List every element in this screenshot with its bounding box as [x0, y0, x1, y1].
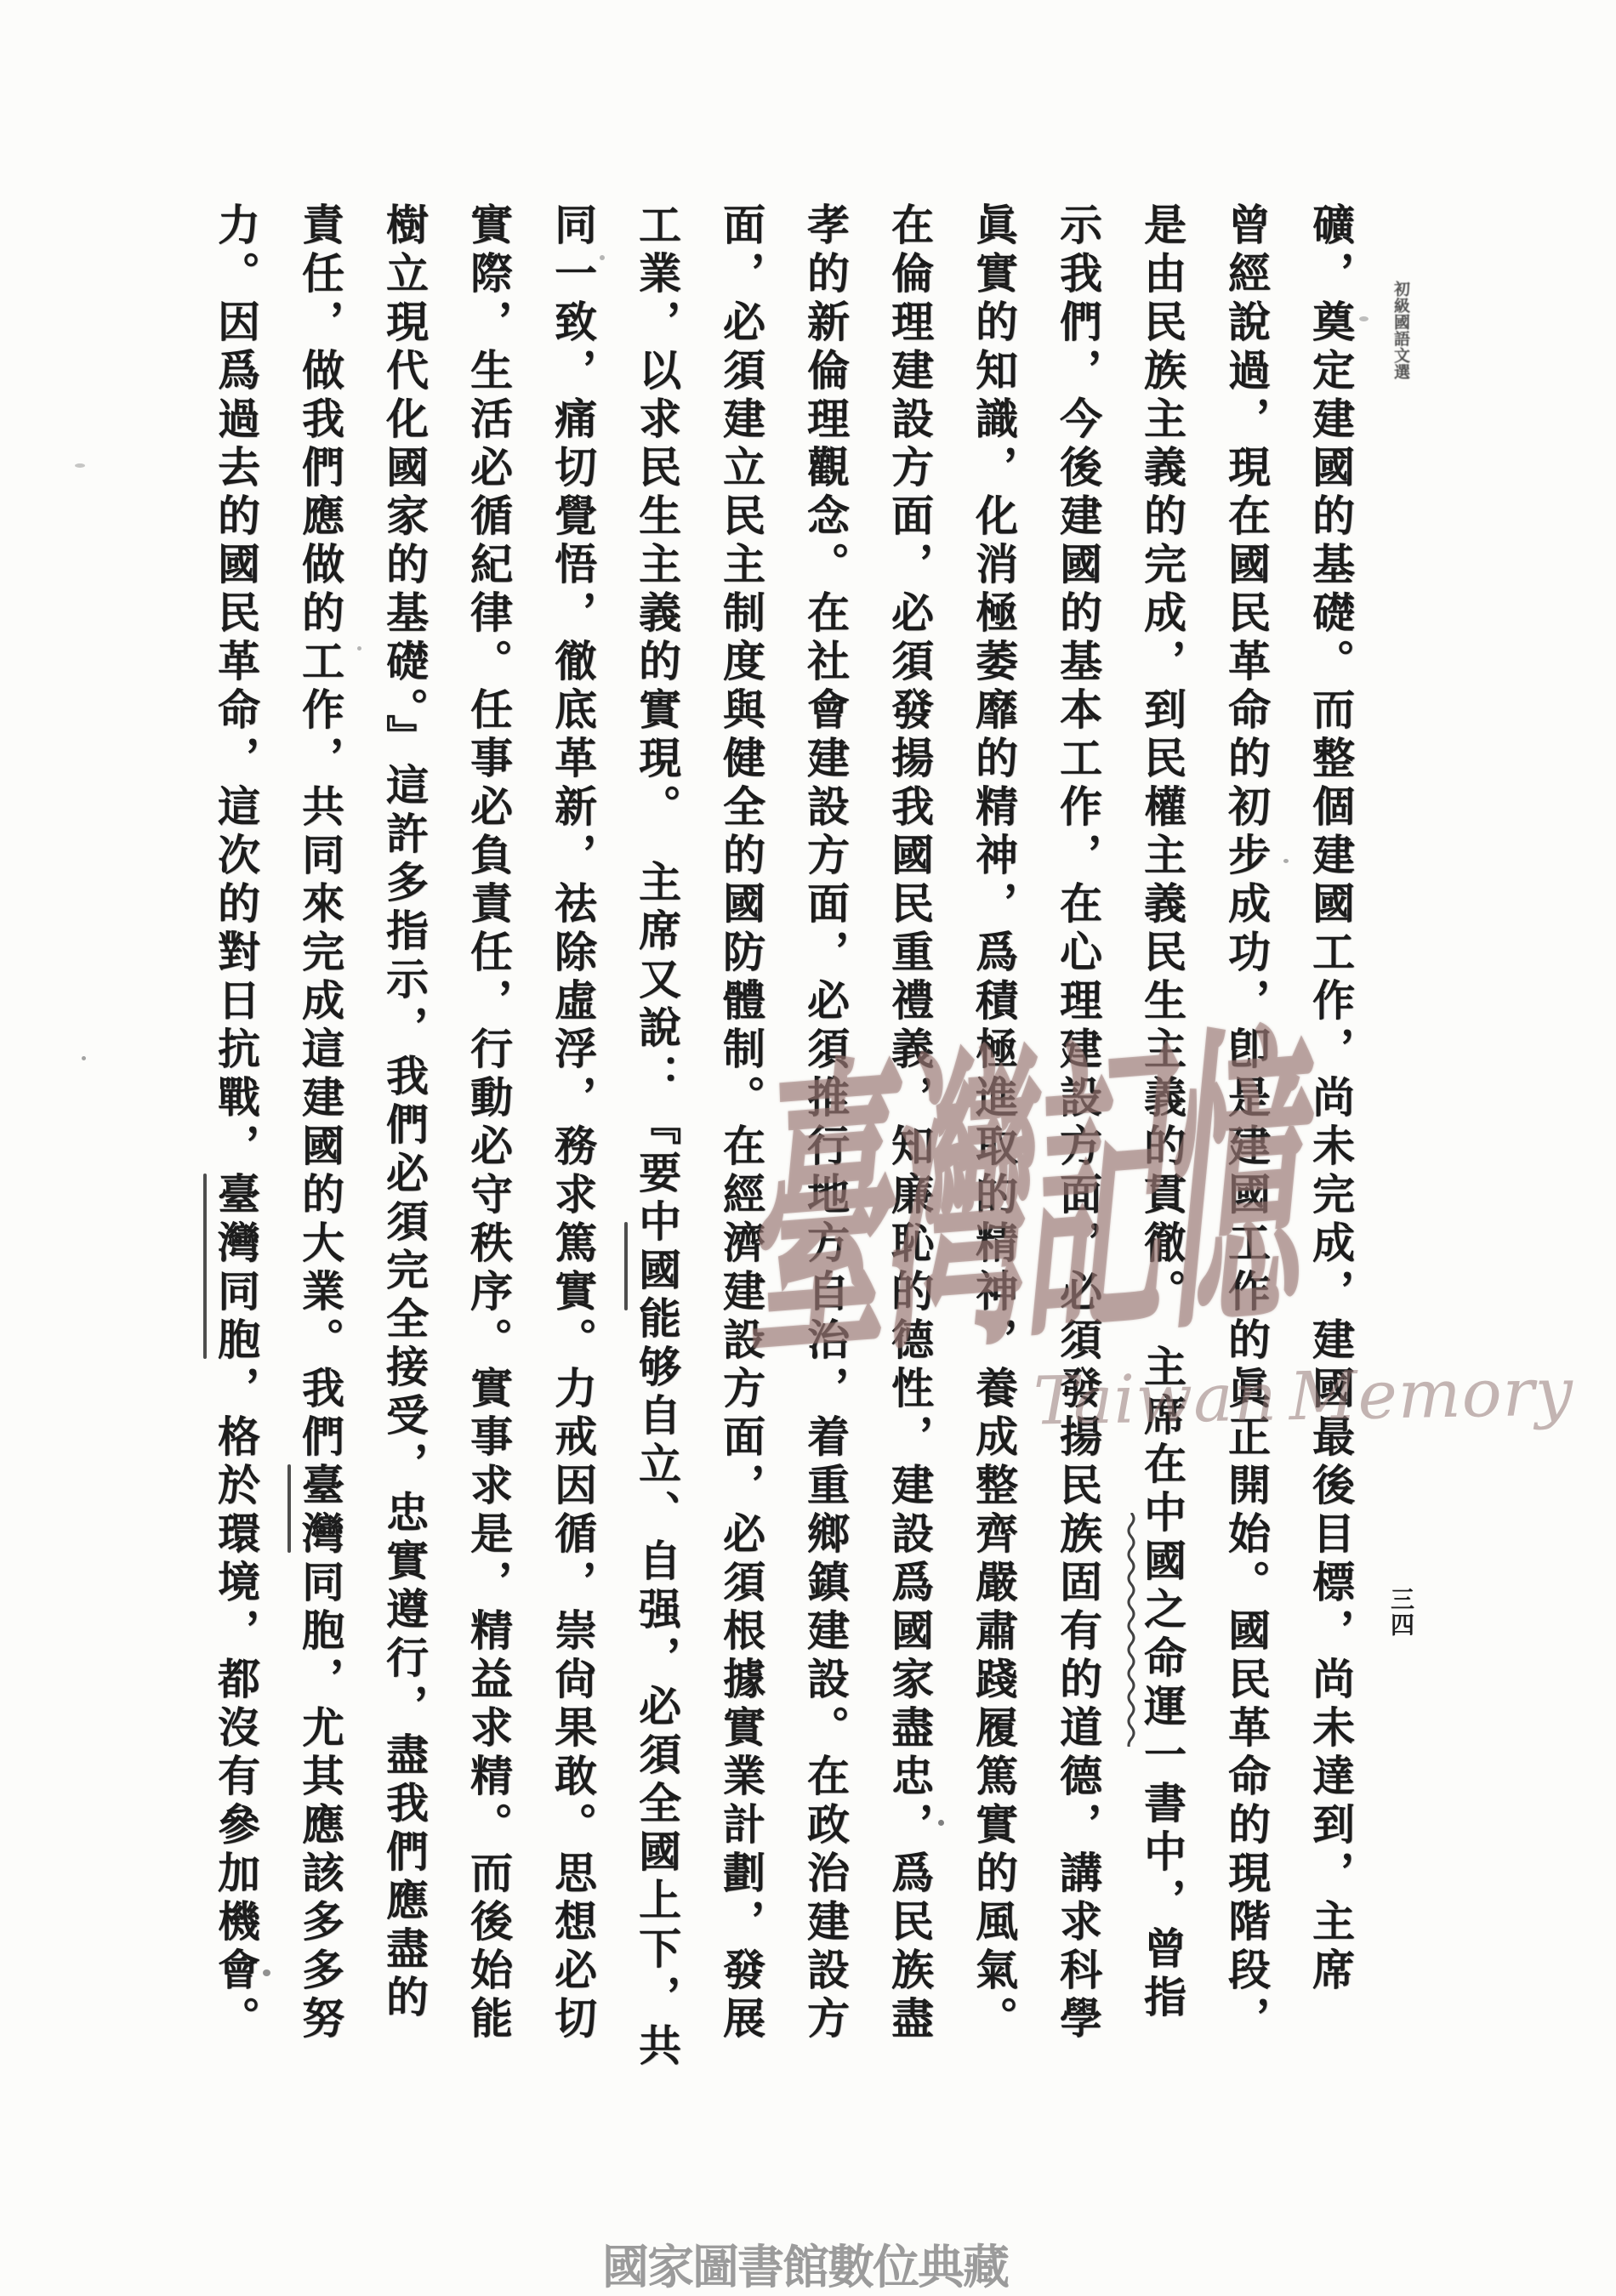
scanned-book-page: 礦，奠定建國的基礎。而整個建國工作，尚未完成，建國最後目標，尚未達到，主席曾經說…	[0, 0, 1616, 2296]
scan-speck	[600, 255, 605, 260]
proper-name-mark	[287, 1464, 291, 1553]
taiwan-memory-watermark-latin: Taiwan Memory	[1033, 1354, 1574, 1440]
text-column-14: 力。因爲過去的國民革命，這次的對日抗戰，臺灣同胞，格於環境，都沒有參加機會。	[212, 202, 260, 2184]
proper-name-mark	[203, 1174, 207, 1359]
scan-speck	[75, 463, 85, 468]
taiwan-memory-watermark-cjk: 臺灣記憶	[742, 1022, 1297, 1379]
text-column-9: 工業，以求民生主義的實現。 主席又說：『要中國能够自立、自强，必須全國上下，共	[633, 202, 681, 2184]
library-archive-stamp: 國家圖書館數位典藏	[602, 2230, 1008, 2296]
text-column-1: 礦，奠定建國的基礎。而整個建國工作，尚未完成，建國最後目標，尚未達到，主席	[1306, 202, 1355, 2184]
text-column-11: 實際，生活必循紀律。任事必負責任，行動必守秩序。實事求是，精益求精。而後始能	[464, 202, 513, 2184]
text-column-13: 責任，做我們應做的工作，共同來完成這建國的大業。我們臺灣同胞，尤其應該多多努	[296, 202, 344, 2184]
scan-speck	[1283, 859, 1289, 863]
text-column-10: 同一致，痛切覺悟，徹底革新，祛除虛浮，務求篤實。力戒因循，崇尙果敢。思想必切	[549, 202, 597, 2184]
scan-speck	[938, 1820, 944, 1826]
scan-speck	[1359, 316, 1368, 321]
scan-speck	[82, 1056, 86, 1060]
page-number: 三四	[1384, 1587, 1418, 1638]
scan-speck	[357, 646, 361, 651]
scan-speck	[263, 1969, 270, 1976]
book-title-wavy-mark	[1125, 1513, 1137, 1747]
proper-name-mark	[624, 1222, 628, 1310]
running-title: 初級國語文選	[1390, 281, 1413, 380]
text-column-12: 樹立現代化國家的基礎。』這許多指示，我們必須完全接受，忠實遵行，盡我們應盡的	[380, 202, 429, 2184]
